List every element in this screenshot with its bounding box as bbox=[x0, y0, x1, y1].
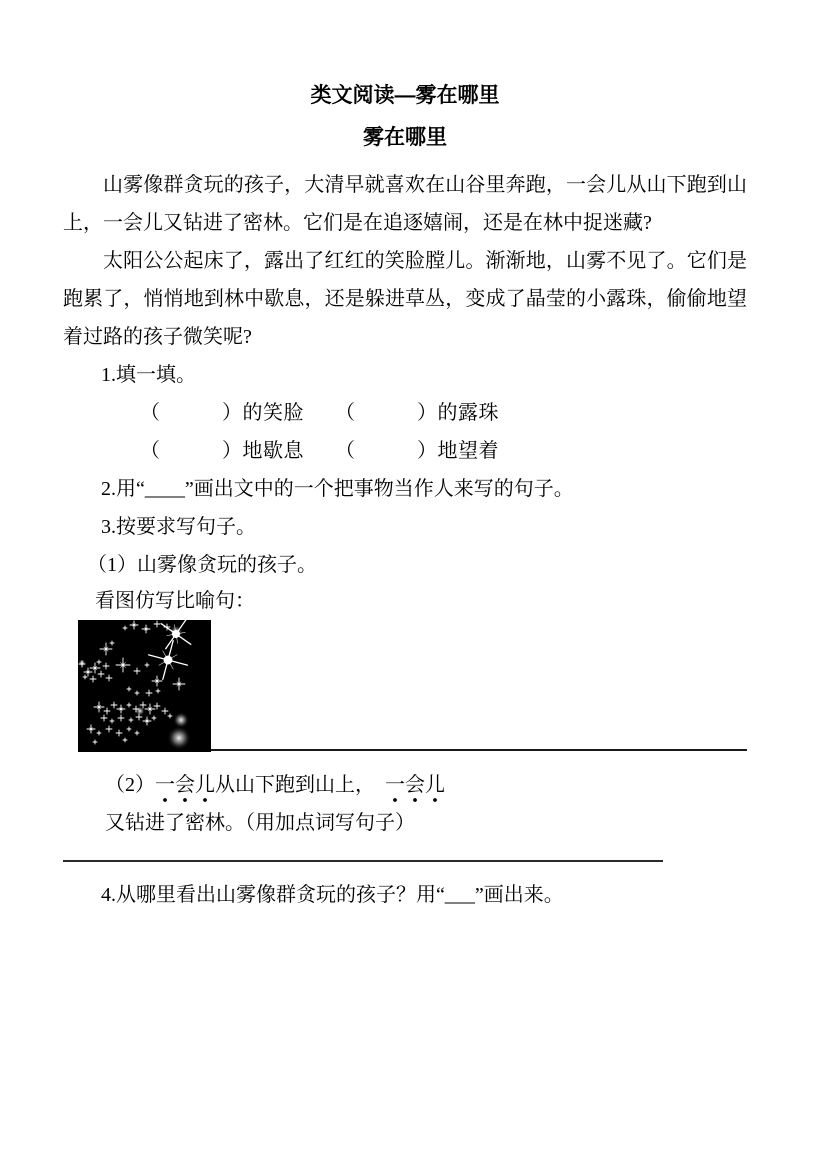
answer-line-1[interactable] bbox=[211, 749, 747, 751]
answer-line-2[interactable] bbox=[63, 860, 663, 862]
passage-paragraph-2: 太阳公公起床了，露出了红红的笑脸膛儿。渐渐地，山雾不见了。它们是跑累了，悄悄地到… bbox=[63, 242, 747, 356]
item2-suffix: 又钻进了密林。（用加点词写句子） bbox=[105, 812, 415, 834]
passage-paragraph-1: 山雾像群贪玩的孩子，大清早就喜欢在山谷里奔跑，一会儿从山下跑到山上，一会儿又钻进… bbox=[63, 166, 747, 242]
item2-mid-text: 从山下跑到山上， bbox=[215, 774, 385, 796]
question-4-label: 4.从哪里看出山雾像群贪玩的孩子？用“___”画出来。 bbox=[63, 876, 747, 914]
question-1-label: 1.填一填。 bbox=[63, 356, 747, 394]
worksheet-page: 类文阅读—雾在哪里 雾在哪里 山雾像群贪玩的孩子，大清早就喜欢在山谷里奔跑，一会… bbox=[0, 0, 827, 1169]
fill-blank-row-2[interactable]: （ ）地歇息 （ ）地望着 bbox=[63, 432, 747, 470]
item2-prefix: （2） bbox=[105, 774, 155, 796]
question-2-label: 2.用“____”画出文中的一个把事物当作人来写的句子。 bbox=[63, 470, 747, 508]
image-answer-row bbox=[78, 620, 747, 752]
question-3-item-2: （2）一会儿从山下跑到山上， 一会儿又钻进了密林。（用加点词写句子） bbox=[63, 766, 747, 842]
passage-title: 雾在哪里 bbox=[63, 126, 747, 150]
question-3-item-1: （1）山雾像贪玩的孩子。 bbox=[63, 546, 747, 584]
fill-blank-row-1[interactable]: （ ）的笑脸 （ ）的露珠 bbox=[63, 394, 747, 432]
starry-sky-image bbox=[78, 620, 211, 752]
item2-dotted-word-1: 一会儿 bbox=[155, 774, 215, 803]
item2-dotted-word-2: 一会儿 bbox=[385, 774, 445, 803]
question-3-prompt: 看图仿写比喻句： bbox=[63, 584, 747, 618]
question-3-label: 3.按要求写句子。 bbox=[63, 508, 747, 546]
page-title: 类文阅读—雾在哪里 bbox=[63, 84, 747, 108]
